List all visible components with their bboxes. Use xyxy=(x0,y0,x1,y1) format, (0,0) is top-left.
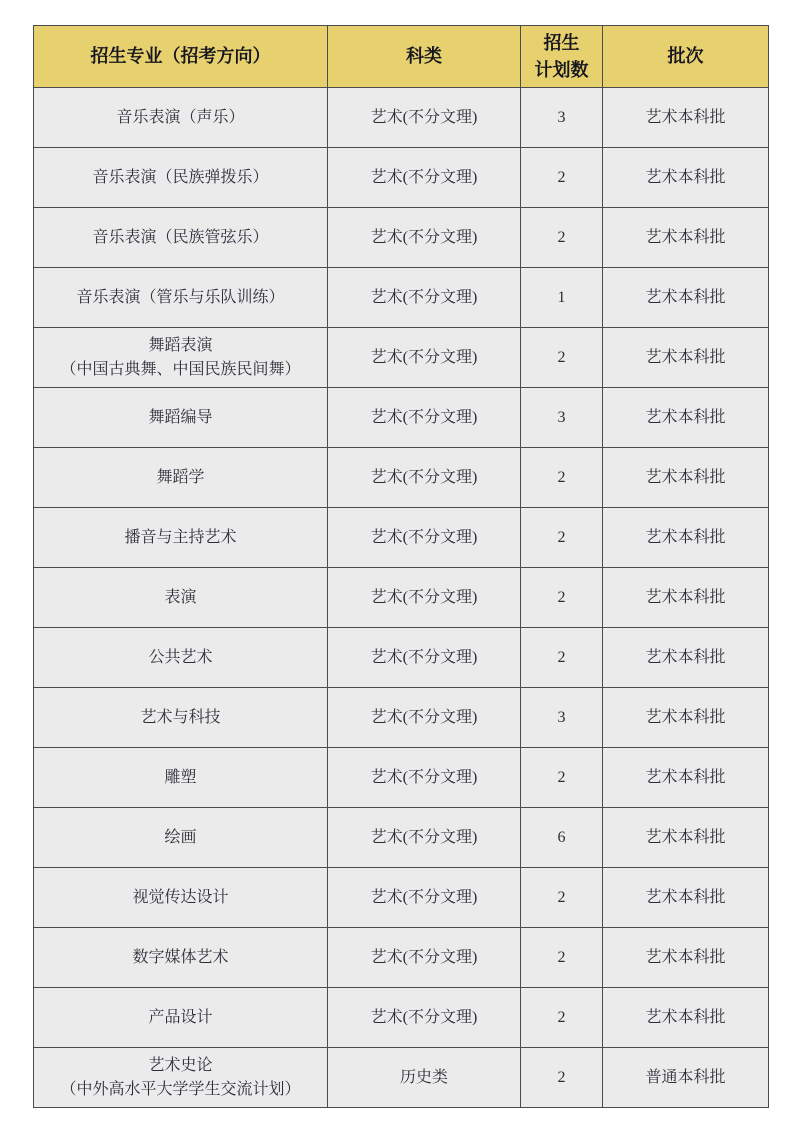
cell-major: 艺术与科技 xyxy=(34,688,328,748)
table-row: 公共艺术艺术(不分文理)2艺术本科批 xyxy=(34,628,769,688)
cell-major: 公共艺术 xyxy=(34,628,328,688)
cell-batch: 艺术本科批 xyxy=(603,208,769,268)
table-row: 视觉传达设计艺术(不分文理)2艺术本科批 xyxy=(34,868,769,928)
cell-plan: 2 xyxy=(521,508,603,568)
cell-category: 艺术(不分文理) xyxy=(328,388,521,448)
cell-major: 绘画 xyxy=(34,808,328,868)
column-header-major: 招生专业（招考方向） xyxy=(34,26,328,88)
cell-major: 表演 xyxy=(34,568,328,628)
table-row: 艺术史论 （中外高水平大学学生交流计划）历史类2普通本科批 xyxy=(34,1048,769,1108)
cell-category: 艺术(不分文理) xyxy=(328,688,521,748)
cell-category: 艺术(不分文理) xyxy=(328,808,521,868)
cell-plan: 2 xyxy=(521,208,603,268)
cell-plan: 2 xyxy=(521,568,603,628)
cell-major: 视觉传达设计 xyxy=(34,868,328,928)
cell-batch: 艺术本科批 xyxy=(603,988,769,1048)
cell-major: 舞蹈编导 xyxy=(34,388,328,448)
cell-plan: 2 xyxy=(521,328,603,388)
cell-category: 艺术(不分文理) xyxy=(328,928,521,988)
table-row: 绘画艺术(不分文理)6艺术本科批 xyxy=(34,808,769,868)
table-row: 舞蹈编导艺术(不分文理)3艺术本科批 xyxy=(34,388,769,448)
cell-category: 艺术(不分文理) xyxy=(328,208,521,268)
cell-category: 艺术(不分文理) xyxy=(328,868,521,928)
cell-major: 音乐表演（民族弹拨乐） xyxy=(34,148,328,208)
cell-batch: 艺术本科批 xyxy=(603,448,769,508)
cell-plan: 2 xyxy=(521,868,603,928)
cell-batch: 艺术本科批 xyxy=(603,328,769,388)
cell-plan: 2 xyxy=(521,928,603,988)
cell-category: 艺术(不分文理) xyxy=(328,88,521,148)
column-header-batch: 批次 xyxy=(603,26,769,88)
table-row: 舞蹈学艺术(不分文理)2艺术本科批 xyxy=(34,448,769,508)
cell-category: 艺术(不分文理) xyxy=(328,568,521,628)
table-body: 音乐表演（声乐）艺术(不分文理)3艺术本科批音乐表演（民族弹拨乐）艺术(不分文理… xyxy=(34,88,769,1108)
cell-plan: 3 xyxy=(521,88,603,148)
cell-batch: 艺术本科批 xyxy=(603,928,769,988)
cell-plan: 2 xyxy=(521,748,603,808)
cell-batch: 艺术本科批 xyxy=(603,868,769,928)
cell-plan: 2 xyxy=(521,1048,603,1108)
cell-major: 舞蹈学 xyxy=(34,448,328,508)
table-row: 音乐表演（管乐与乐队训练）艺术(不分文理)1艺术本科批 xyxy=(34,268,769,328)
cell-category: 艺术(不分文理) xyxy=(328,748,521,808)
table-row: 音乐表演（民族管弦乐）艺术(不分文理)2艺术本科批 xyxy=(34,208,769,268)
column-header-category: 科类 xyxy=(328,26,521,88)
table-row: 音乐表演（民族弹拨乐）艺术(不分文理)2艺术本科批 xyxy=(34,148,769,208)
cell-category: 艺术(不分文理) xyxy=(328,328,521,388)
cell-category: 艺术(不分文理) xyxy=(328,508,521,568)
cell-major: 音乐表演（民族管弦乐） xyxy=(34,208,328,268)
cell-plan: 2 xyxy=(521,148,603,208)
table-row: 表演艺术(不分文理)2艺术本科批 xyxy=(34,568,769,628)
cell-batch: 普通本科批 xyxy=(603,1048,769,1108)
cell-major: 播音与主持艺术 xyxy=(34,508,328,568)
cell-batch: 艺术本科批 xyxy=(603,628,769,688)
cell-batch: 艺术本科批 xyxy=(603,268,769,328)
cell-category: 艺术(不分文理) xyxy=(328,988,521,1048)
cell-plan: 3 xyxy=(521,688,603,748)
table-row: 播音与主持艺术艺术(不分文理)2艺术本科批 xyxy=(34,508,769,568)
table-row: 雕塑艺术(不分文理)2艺术本科批 xyxy=(34,748,769,808)
cell-plan: 1 xyxy=(521,268,603,328)
cell-major: 音乐表演（管乐与乐队训练） xyxy=(34,268,328,328)
cell-major: 雕塑 xyxy=(34,748,328,808)
header-row: 招生专业（招考方向） 科类 招生 计划数 批次 xyxy=(34,26,769,88)
cell-batch: 艺术本科批 xyxy=(603,88,769,148)
admissions-plan-table: 招生专业（招考方向） 科类 招生 计划数 批次 音乐表演（声乐）艺术(不分文理)… xyxy=(33,25,769,1108)
column-header-plan: 招生 计划数 xyxy=(521,26,603,88)
cell-plan: 2 xyxy=(521,628,603,688)
cell-category: 艺术(不分文理) xyxy=(328,148,521,208)
cell-batch: 艺术本科批 xyxy=(603,148,769,208)
cell-plan: 6 xyxy=(521,808,603,868)
cell-major: 数字媒体艺术 xyxy=(34,928,328,988)
cell-plan: 2 xyxy=(521,988,603,1048)
cell-batch: 艺术本科批 xyxy=(603,568,769,628)
cell-category: 艺术(不分文理) xyxy=(328,448,521,508)
cell-major: 音乐表演（声乐） xyxy=(34,88,328,148)
cell-batch: 艺术本科批 xyxy=(603,508,769,568)
cell-batch: 艺术本科批 xyxy=(603,388,769,448)
table-row: 舞蹈表演 （中国古典舞、中国民族民间舞）艺术(不分文理)2艺术本科批 xyxy=(34,328,769,388)
table-row: 艺术与科技艺术(不分文理)3艺术本科批 xyxy=(34,688,769,748)
admissions-table-container: 招生专业（招考方向） 科类 招生 计划数 批次 音乐表演（声乐）艺术(不分文理)… xyxy=(33,25,768,1108)
cell-plan: 2 xyxy=(521,448,603,508)
table-row: 音乐表演（声乐）艺术(不分文理)3艺术本科批 xyxy=(34,88,769,148)
cell-batch: 艺术本科批 xyxy=(603,688,769,748)
cell-major: 产品设计 xyxy=(34,988,328,1048)
cell-category: 艺术(不分文理) xyxy=(328,628,521,688)
cell-plan: 3 xyxy=(521,388,603,448)
cell-major: 舞蹈表演 （中国古典舞、中国民族民间舞） xyxy=(34,328,328,388)
table-row: 数字媒体艺术艺术(不分文理)2艺术本科批 xyxy=(34,928,769,988)
cell-major: 艺术史论 （中外高水平大学学生交流计划） xyxy=(34,1048,328,1108)
cell-category: 历史类 xyxy=(328,1048,521,1108)
cell-batch: 艺术本科批 xyxy=(603,748,769,808)
cell-category: 艺术(不分文理) xyxy=(328,268,521,328)
cell-batch: 艺术本科批 xyxy=(603,808,769,868)
table-row: 产品设计艺术(不分文理)2艺术本科批 xyxy=(34,988,769,1048)
